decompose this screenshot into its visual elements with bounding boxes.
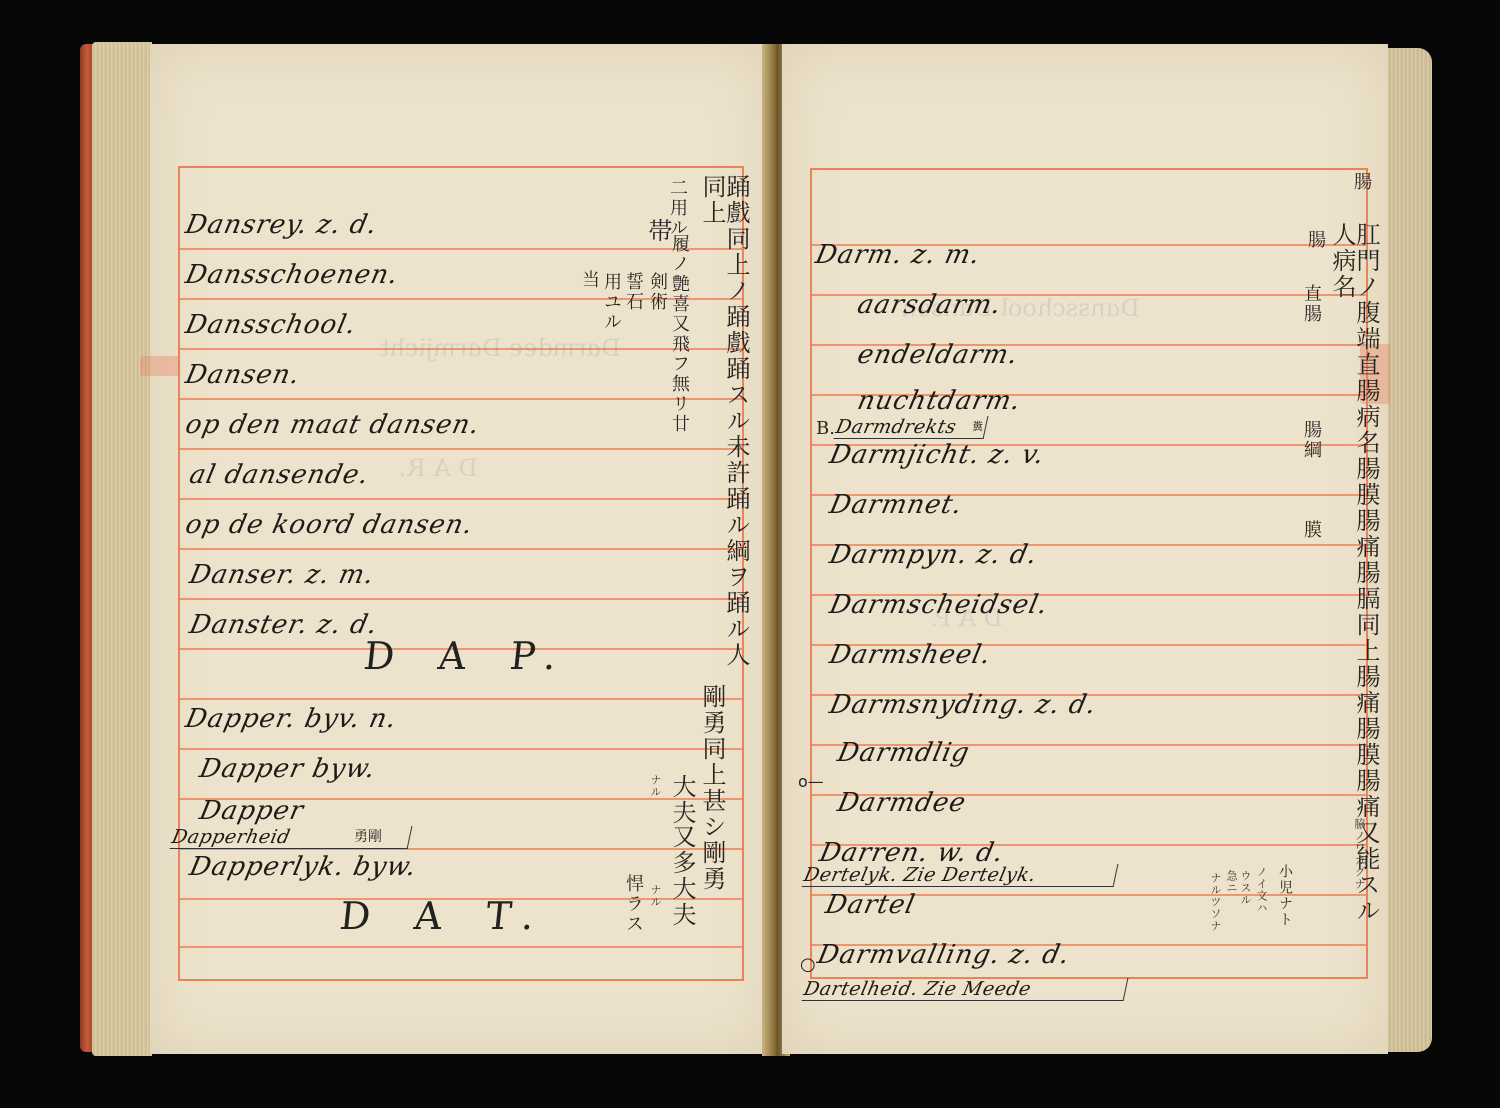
rule-line (180, 248, 742, 250)
japanese-gloss-column: 帯 (646, 218, 670, 244)
japanese-gloss-column: 踊戲同上ノ踊戲踊スル未許踊ル綱ヲ踊ル人同上 (700, 174, 748, 674)
japanese-gloss-column: 履ノ艶喜又飛フ無リ廿 (670, 234, 688, 534)
entry: Darmjicht. z. v. (827, 440, 1048, 470)
entry: op den maat dansen. (183, 410, 483, 440)
open-book: Darmdee Darmjicht D A R. Dansrey. z. d. … (0, 0, 1500, 1108)
entry: Dapper (197, 796, 307, 826)
left-page: Darmdee Darmjicht D A R. Dansrey. z. d. … (150, 44, 770, 1054)
entry: Dapper. byv. n. (183, 704, 400, 734)
inserted-cross-reference: Dertelyk. Zie Dertelyk. (802, 864, 1119, 887)
entry: Dansen. (183, 360, 303, 390)
entry: Darmdlig (835, 738, 973, 768)
japanese-gloss-column: ナル (650, 884, 661, 908)
japanese-gloss-column: 腸 (1306, 230, 1324, 250)
entry: nuchtdarm. (855, 386, 1024, 416)
japanese-gloss-column: 当 (580, 270, 598, 290)
circle-mark-icon: o— (798, 772, 824, 791)
entry: Darmnet. (827, 490, 966, 520)
entry: Darmvalling. z. d. (815, 940, 1073, 970)
japanese-gloss-column: ウスル (1240, 870, 1251, 906)
section-heading-dap: D A P. (362, 634, 575, 678)
entry: Darmsheel. (827, 640, 994, 670)
japanese-gloss-column: 腸綱 (1302, 420, 1320, 460)
japanese-gloss-column: 剛勇同上甚シ剛勇 (700, 684, 724, 984)
entry: endeldarm. (855, 340, 1021, 370)
entry: Dansrey. z. d. (183, 210, 381, 240)
circle-mark-icon: ○ (800, 954, 816, 975)
japanese-gloss-column: 剣術 (648, 272, 666, 312)
section-heading-dat: D A T. (338, 894, 553, 938)
rule-line (180, 748, 742, 750)
rule-line (180, 548, 742, 550)
japanese-gloss-column: ナル (650, 774, 661, 798)
page-stack-right (1388, 48, 1432, 1052)
red-stain (140, 356, 180, 376)
entry: Dapperlyk. byw. (187, 852, 420, 882)
entry: aarsdarm. (855, 290, 1005, 320)
entry: Darm. z. m. (813, 240, 983, 270)
japanese-gloss-column: 脇ノワカクナ (1354, 818, 1365, 890)
japanese-gloss-column: 腸 (1352, 172, 1370, 192)
rule-line (180, 598, 742, 600)
inserted-entry: Darmdrekts (834, 416, 989, 439)
entry: Danser. z. m. (187, 560, 377, 590)
entry: Darmscheidsel. (827, 590, 1051, 620)
rule-line (180, 398, 742, 400)
japanese-gloss-column: 大夫 (670, 774, 694, 826)
entry: Dansschoenen. (183, 260, 402, 290)
inserted-cross-reference: Dartelheid. Zie Meede (802, 978, 1129, 1001)
entry: al dansende. (187, 460, 372, 490)
rule-line (180, 498, 742, 500)
japanese-gloss-column: ナルツソナ (1210, 872, 1221, 932)
inserted-prefix: B. (816, 418, 835, 439)
japanese-gloss-column: 直腸 (1302, 284, 1320, 324)
japanese-gloss-column: 又多大夫 (670, 824, 694, 934)
bleed-through-text: D A R. (397, 454, 480, 482)
entry: Dapper byw. (197, 754, 379, 784)
inserted-kanji: 糞 (972, 418, 983, 434)
page-stack-left (92, 42, 152, 1056)
japanese-gloss-column: 急ニ (1226, 870, 1237, 894)
bleed-through-text: Darmdee Darmjicht (377, 334, 624, 362)
right-page: Dansschool Dansen D A P. Darm. z. m. aar… (782, 44, 1388, 1054)
entry: Darmsnyding. z. d. (827, 690, 1100, 720)
entry: Danster. z. d. (187, 610, 381, 640)
entry: op de koord dansen. (183, 510, 476, 540)
inserted-kanji: 勇剛 (354, 826, 382, 846)
japanese-gloss-column: ノイ文ハ (1256, 866, 1267, 914)
japanese-gloss-column: 悍ラス (624, 874, 642, 934)
rule-line (180, 448, 742, 450)
japanese-gloss-column: 用ユル (602, 272, 620, 332)
japanese-gloss-column: 小児ナト (1278, 864, 1292, 928)
entry: Darmpyn. z. d. (827, 540, 1041, 570)
rule-line (180, 698, 742, 700)
rule-line (180, 946, 742, 948)
japanese-gloss-column: 誓石 (624, 272, 642, 312)
entry: Darmdee (835, 788, 969, 818)
entry: Dansschool. (183, 310, 359, 340)
entry: Dartel (823, 890, 918, 920)
japanese-gloss-column: 膜 (1302, 520, 1320, 540)
